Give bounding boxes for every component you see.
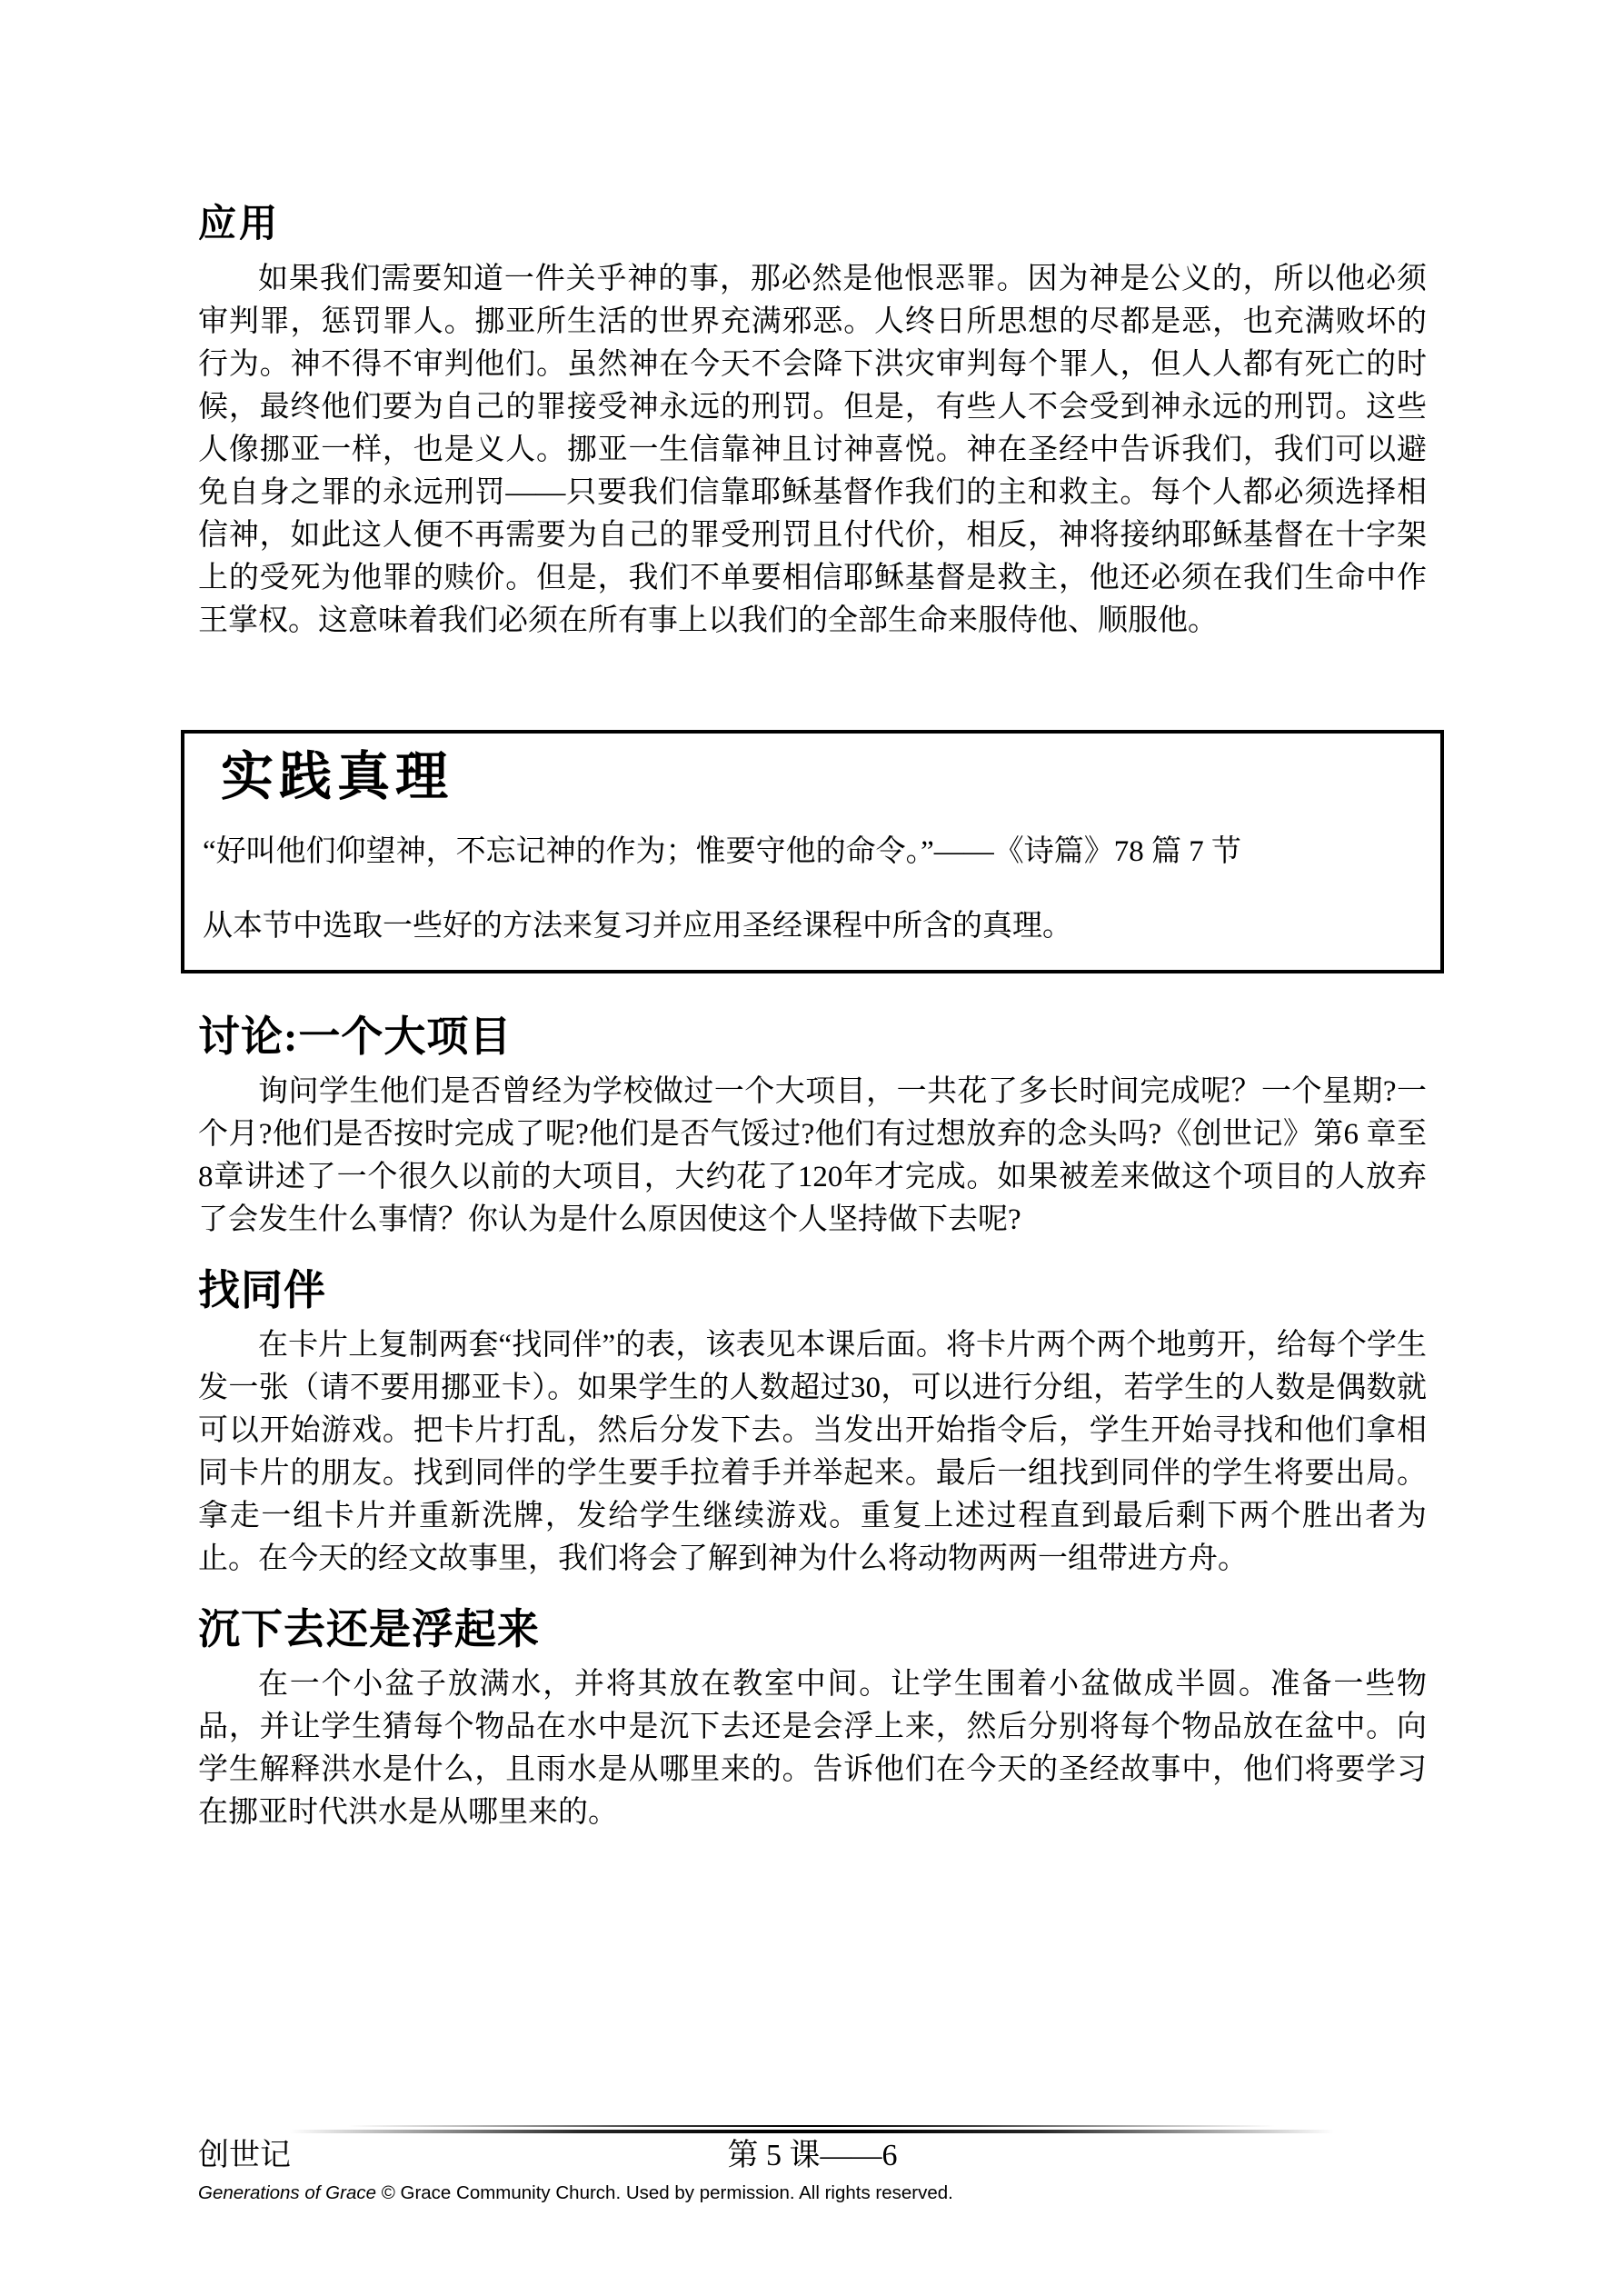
footer-copyright: Generations of Grace © Grace Community C…	[198, 2181, 1427, 2205]
practice-truth-heading: 实践真理	[221, 746, 1419, 806]
find-partner-section: 找同伴 在卡片上复制两套“找同伴”的表，该表见本课后面。将卡片两个两个地剪开，给…	[198, 1265, 1427, 1581]
practice-truth-instruction: 从本节中选取一些好的方法来复习并应用圣经课程中所含的真理。	[203, 906, 1419, 946]
sink-or-float-heading: 沉下去还是浮起来	[198, 1604, 1427, 1654]
footer-divider-ornament	[289, 2125, 1334, 2133]
footer: 创世记 第 5 课——6	[198, 2138, 1427, 2174]
footer-page-number: 第 5 课——6	[198, 2138, 1427, 2174]
sink-or-float-section: 沉下去还是浮起来 在一个小盆子放满水，并将其放在教室中间。让学生围着小盆做成半圆…	[198, 1604, 1427, 1834]
copyright-series-name: Generations of Grace	[198, 2182, 376, 2203]
application-heading: 应用	[198, 202, 1427, 247]
page-content: 应用 如果我们需要知道一件关乎神的事，那必然是他恨恶罪。因为神是公义的，所以他必…	[198, 0, 1427, 1834]
divider-thick-line	[289, 2130, 1334, 2133]
footer-book-title: 创世记	[198, 2139, 291, 2172]
divider-thin-line	[348, 2125, 1275, 2127]
discussion-section: 讨论:一个大项目 询问学生他们是否曾经为学校做过一个大项目，一共花了多长时间完成…	[198, 1012, 1427, 1242]
discussion-heading: 讨论:一个大项目	[198, 1012, 1427, 1062]
discussion-paragraph: 询问学生他们是否曾经为学校做过一个大项目，一共花了多长时间完成呢？一个星期?一个…	[198, 1071, 1427, 1242]
practice-truth-box: 实践真理 “好叫他们仰望神，不忘记神的作为；惟要守他的命令。”——《诗篇》78 …	[181, 730, 1444, 973]
document-page: 应用 如果我们需要知道一件关乎神的事，那必然是他恨恶罪。因为神是公义的，所以他必…	[0, 0, 1623, 2296]
find-partner-heading: 找同伴	[198, 1265, 1427, 1315]
application-section: 应用 如果我们需要知道一件关乎神的事，那必然是他恨恶罪。因为神是公义的，所以他必…	[198, 202, 1427, 643]
sink-or-float-paragraph: 在一个小盆子放满水，并将其放在教室中间。让学生围着小盆做成半圆。准备一些物品，并…	[198, 1663, 1427, 1834]
application-paragraph: 如果我们需要知道一件关乎神的事，那必然是他恨恶罪。因为神是公义的，所以他必须审判…	[198, 258, 1427, 643]
copyright-text: © Grace Community Church. Used by permis…	[376, 2182, 953, 2203]
find-partner-paragraph: 在卡片上复制两套“找同伴”的表，该表见本课后面。将卡片两个两个地剪开，给每个学生…	[198, 1324, 1427, 1581]
practice-truth-quote: “好叫他们仰望神，不忘记神的作为；惟要守他的命令。”——《诗篇》78 篇 7 节	[203, 832, 1419, 872]
